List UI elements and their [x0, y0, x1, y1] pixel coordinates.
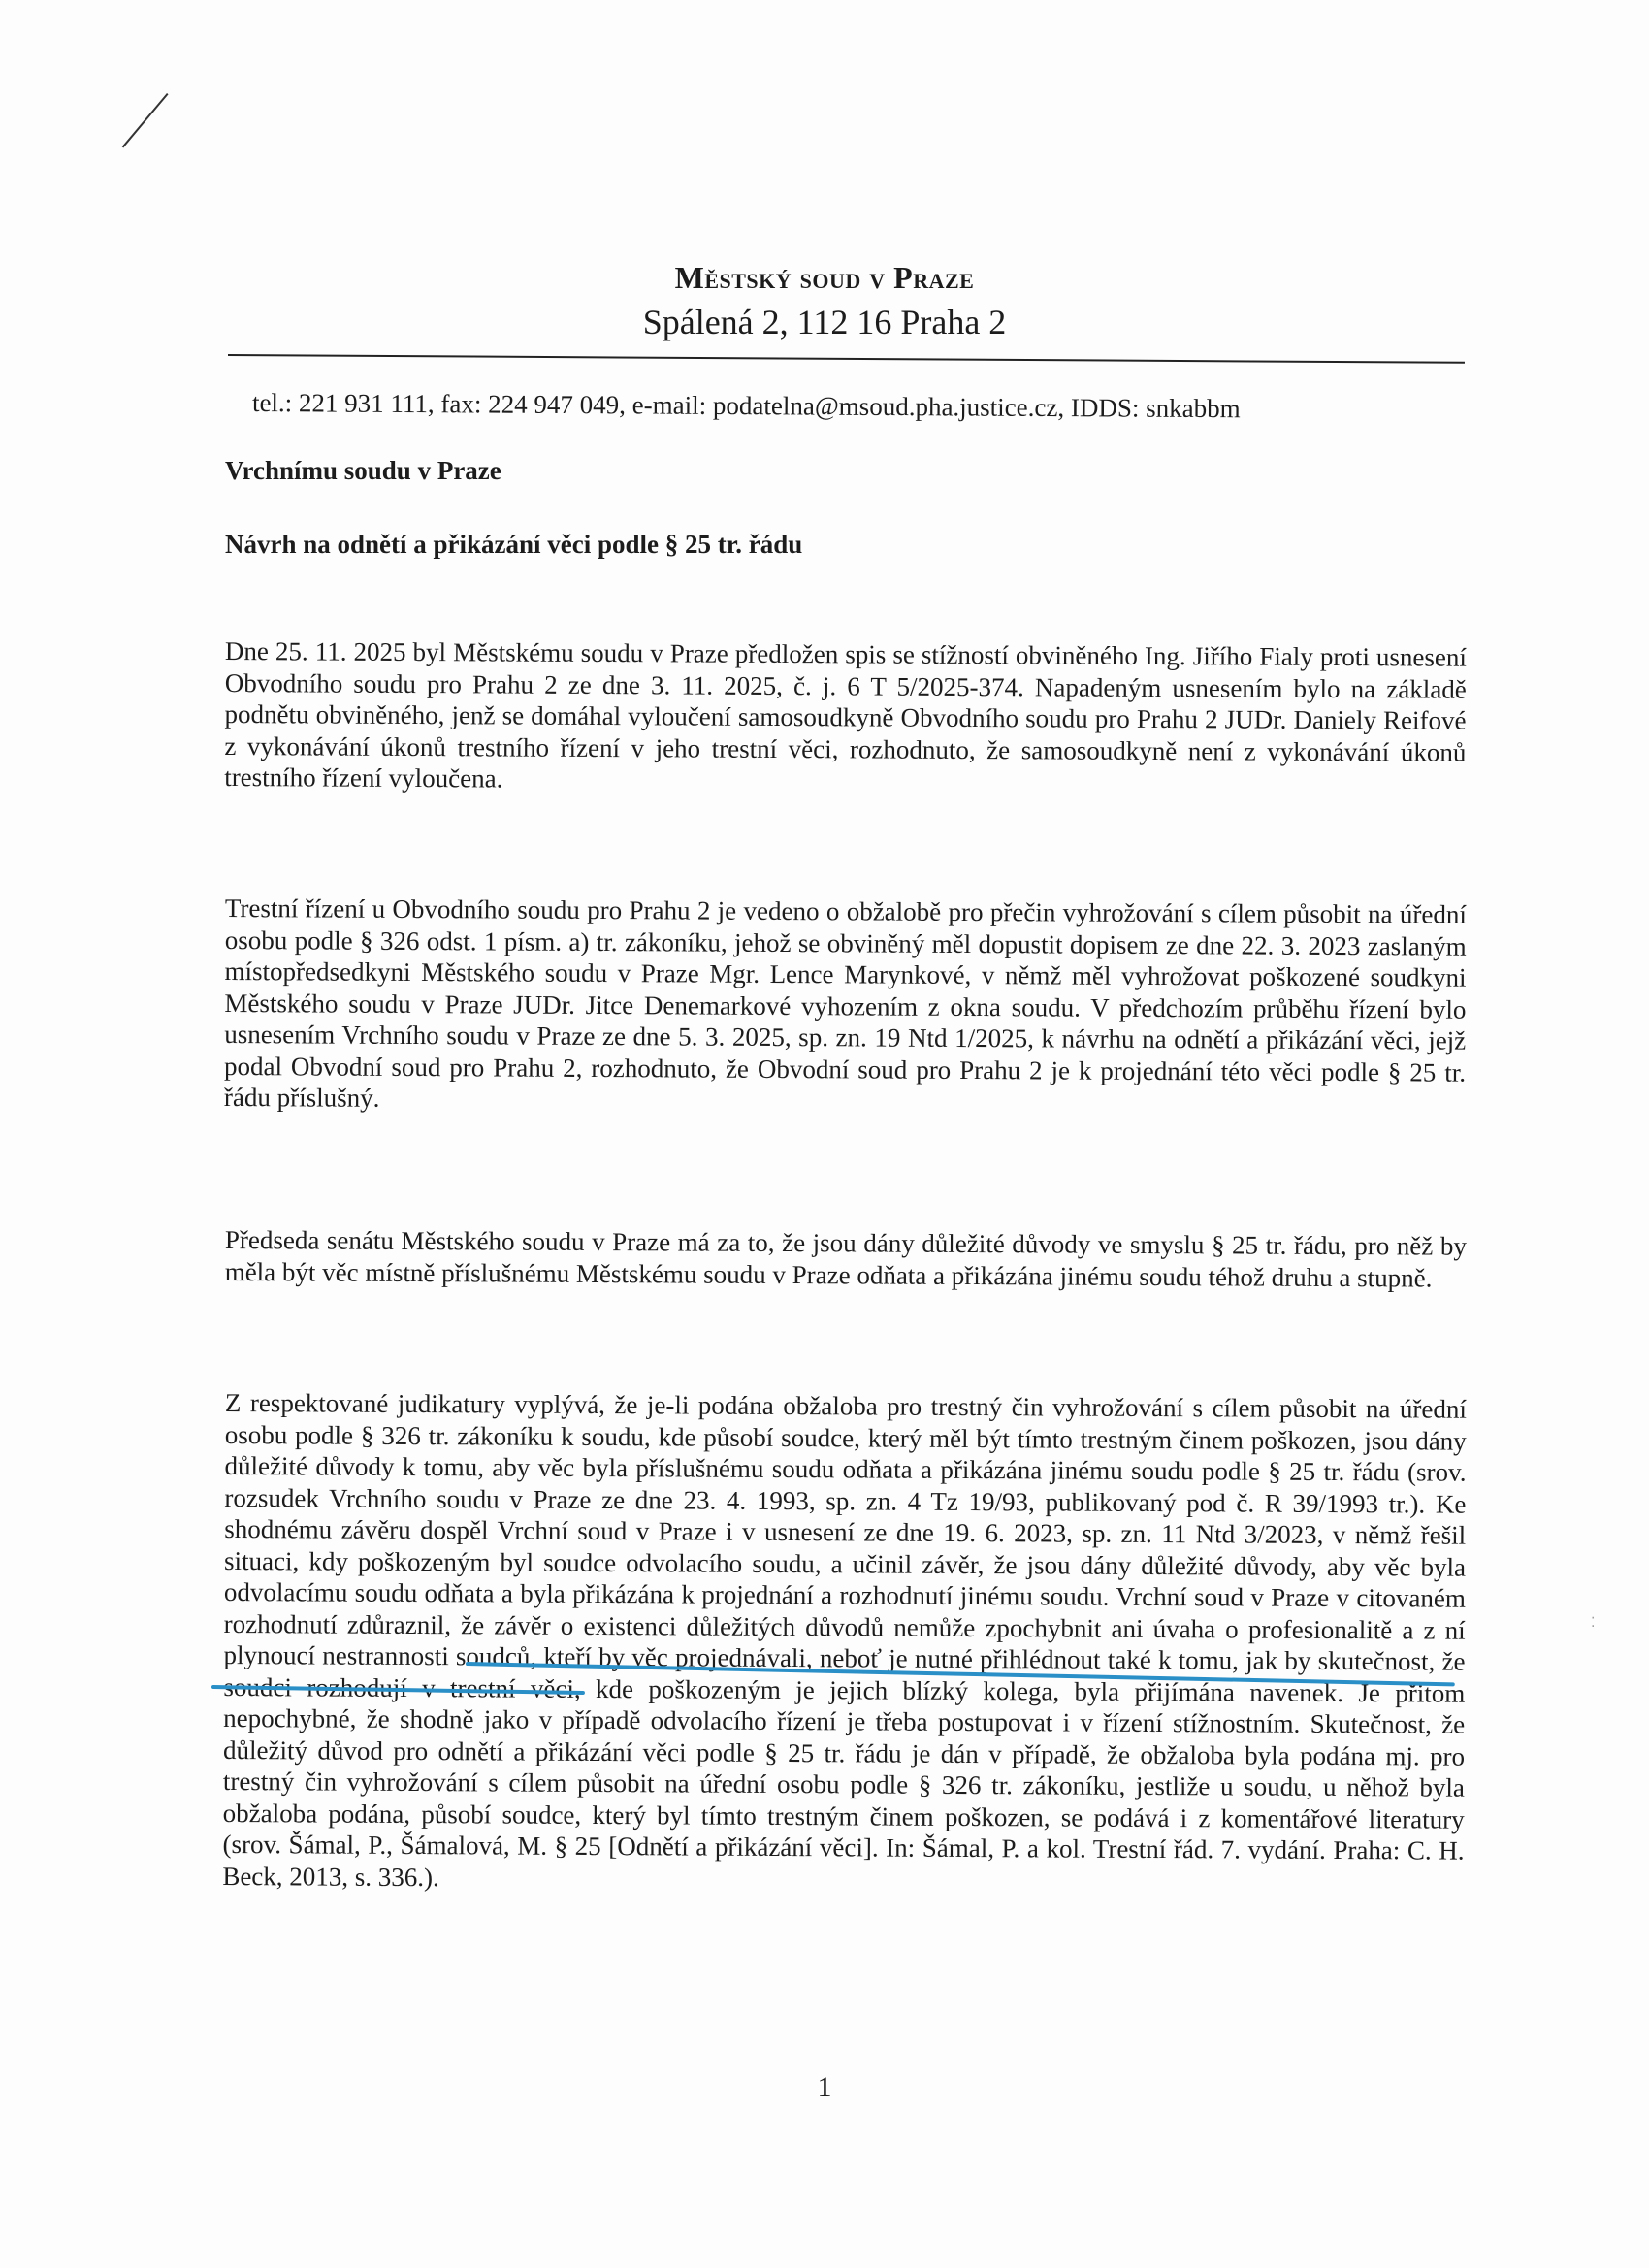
header-divider	[228, 354, 1465, 364]
paragraph: Z respektované judikatury vyplývá, že je…	[222, 1387, 1467, 1898]
court-contact: tel.: 221 931 111, fax: 224 947 049, e-m…	[252, 388, 1241, 424]
scan-speck: ⁚	[1591, 1615, 1595, 1632]
addressee: Vrchnímu soudu v Praze	[225, 456, 501, 486]
document-subject: Návrh na odnětí a přikázání věci podle §…	[225, 530, 802, 560]
paragraph: Předseda senátu Městského soudu v Praze …	[225, 1224, 1467, 1294]
letterhead: Městský soud v Praze Spálená 2, 112 16 P…	[0, 260, 1649, 342]
paragraph: Dne 25. 11. 2025 byl Městskému soudu v P…	[224, 635, 1467, 799]
court-address: Spálená 2, 112 16 Praha 2	[0, 302, 1649, 342]
pen-mark	[122, 93, 169, 147]
page-number: 1	[0, 2071, 1649, 2104]
paragraph: Trestní řízení u Obvodního soudu pro Pra…	[224, 892, 1467, 1119]
court-name: Městský soud v Praze	[0, 260, 1649, 296]
